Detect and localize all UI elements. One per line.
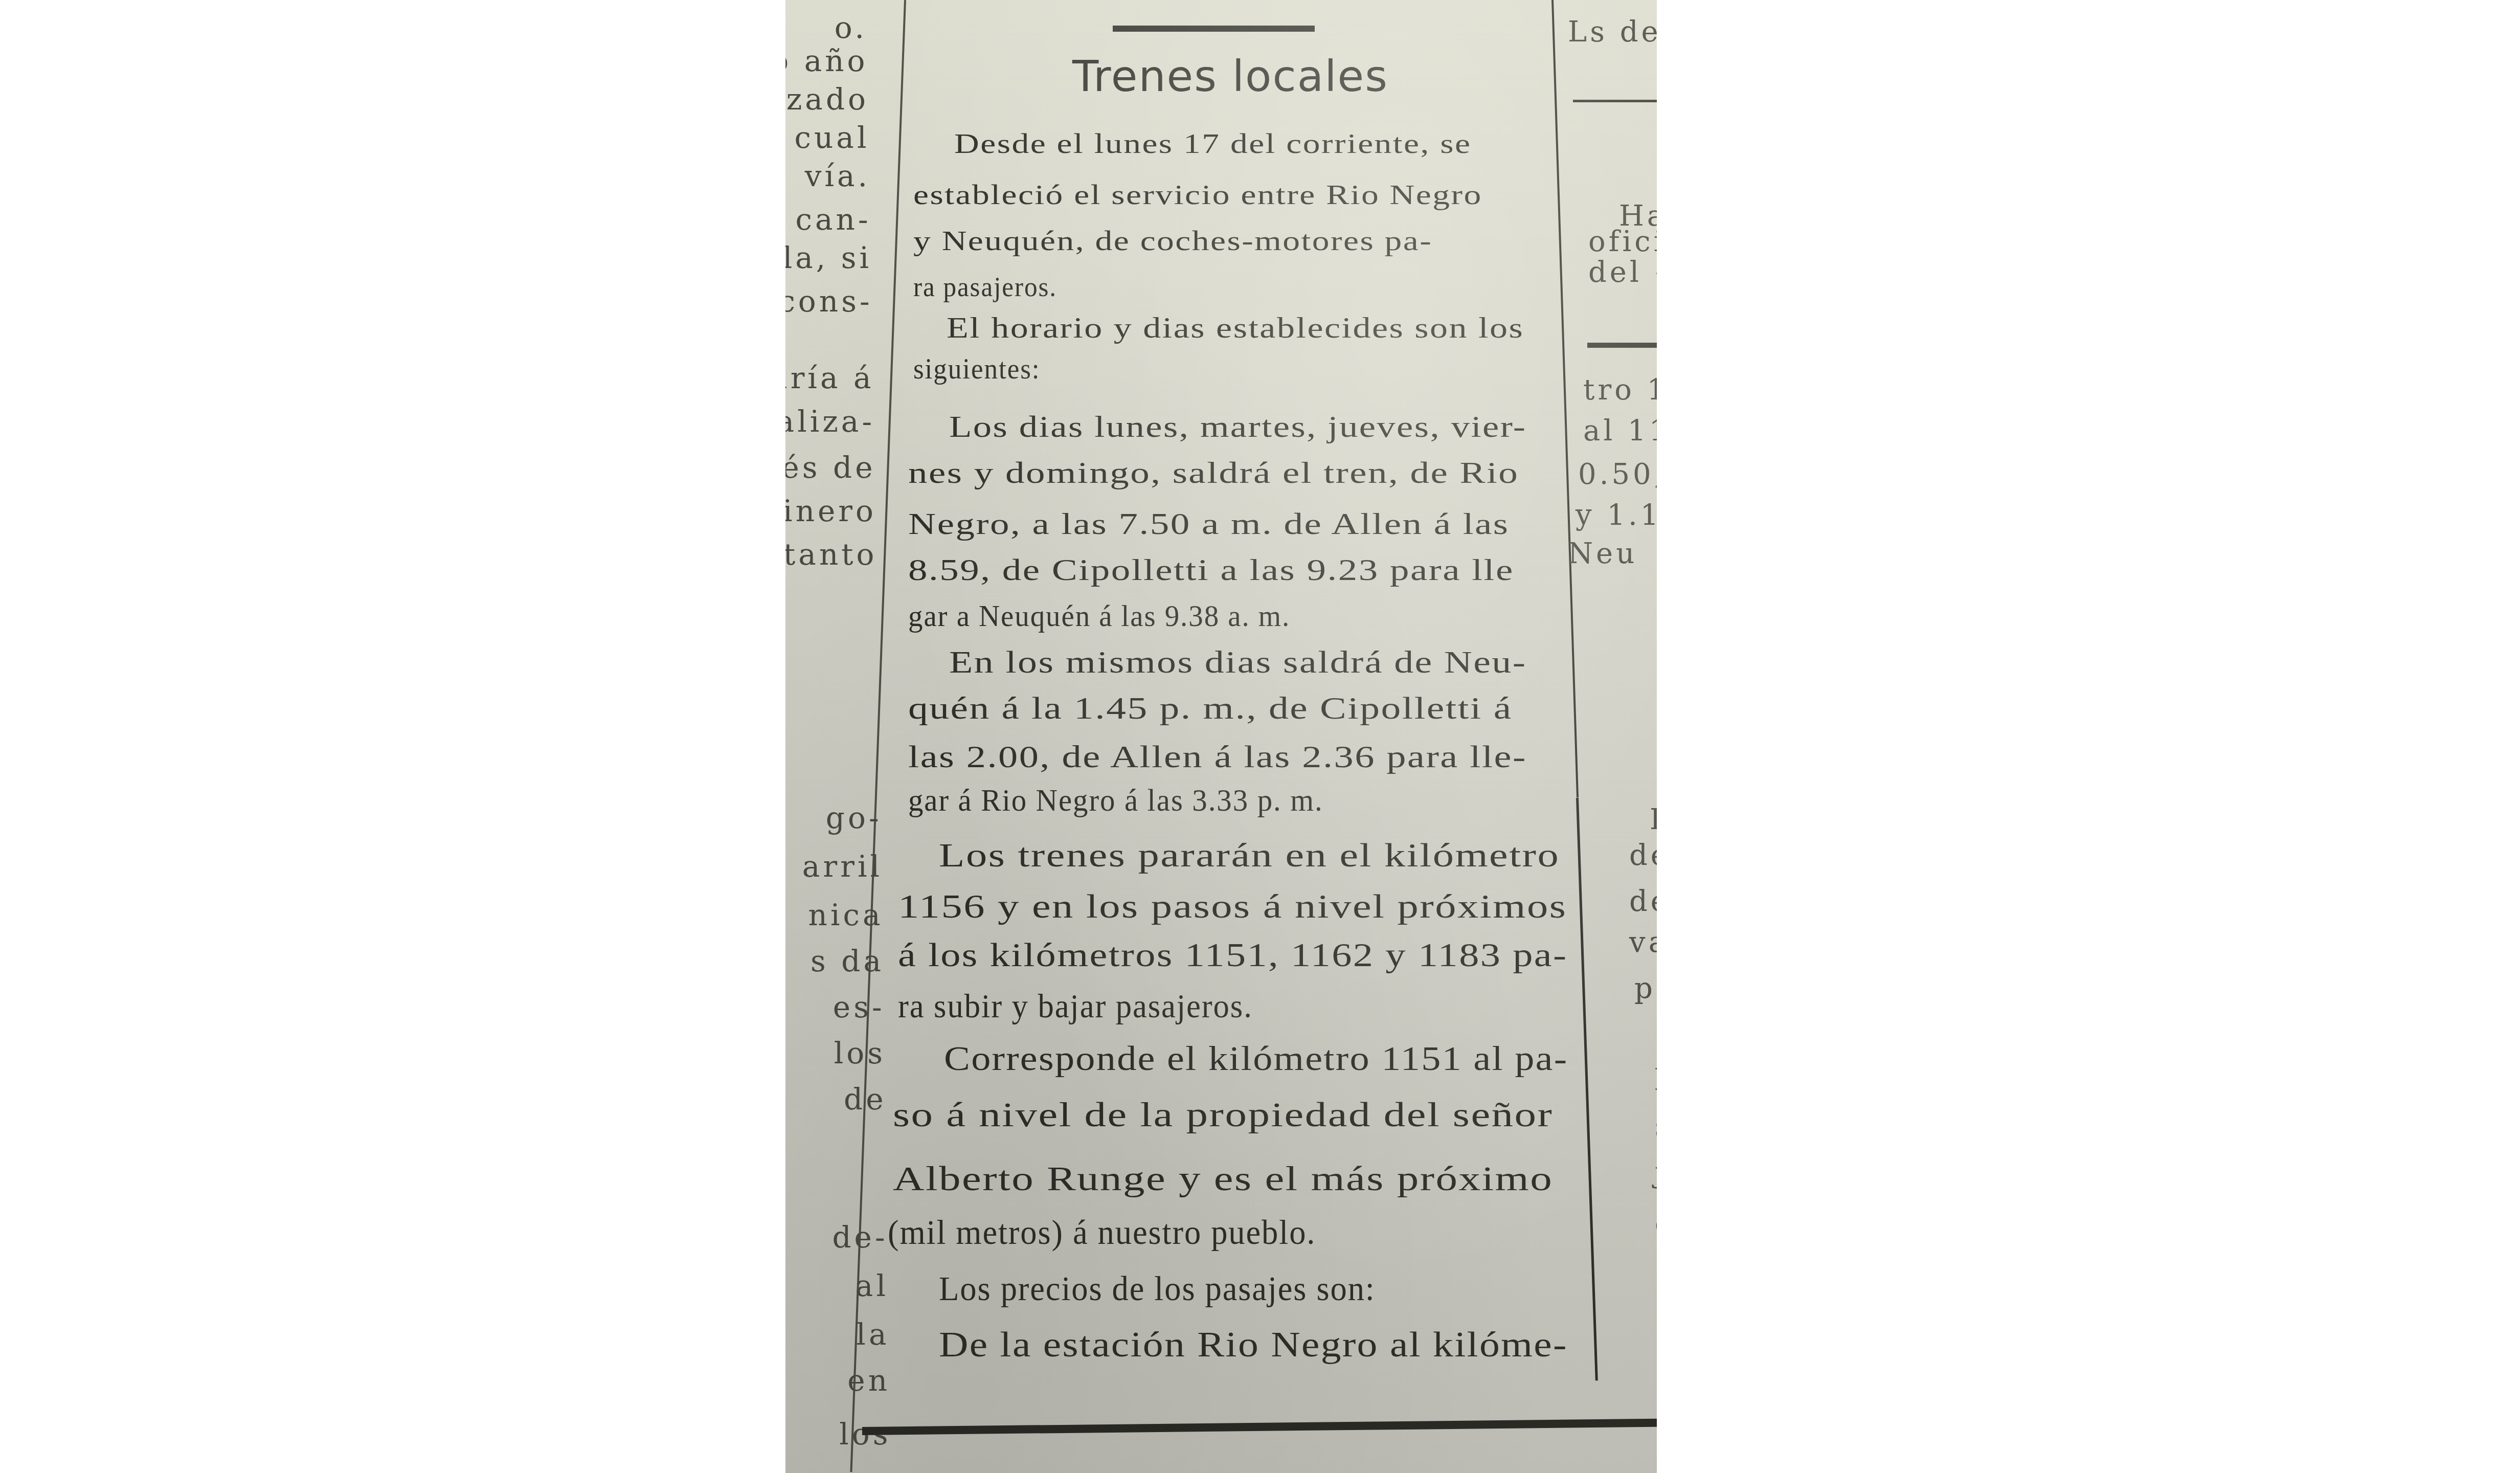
left-column-line: és de (785, 450, 876, 485)
right-column-line: tro 1 (1583, 373, 1657, 407)
left-adjacent-column: o.do añopezadoto cualvía.a can-lla, sico… (785, 0, 898, 1473)
article-text-line: Desde el lunes 17 del corriente, se (954, 128, 1472, 160)
left-column-line: de (844, 1082, 886, 1117)
left-column-line: do año (785, 43, 868, 78)
right-column-line: j (1655, 1156, 1657, 1189)
left-column-line: o. (835, 10, 867, 45)
left-column-line: de- (832, 1220, 888, 1255)
article-text-line: siguientes: (913, 353, 1040, 386)
left-column-line: a can- (785, 202, 871, 237)
left-column-line: pezado (785, 82, 869, 117)
left-column-line: tanto (785, 537, 877, 572)
article-text-line: y Neuquén, de coches-motores pa- (913, 225, 1432, 257)
newspaper-page: o.do añopezadoto cualvía.a can-lla, sico… (785, 0, 1657, 1473)
left-column-line: aliza- (785, 404, 875, 439)
left-column-line: en (847, 1363, 890, 1398)
article-text-line: (mil metros) á nuestro pueblo. (888, 1212, 1316, 1253)
right-column-line: s (1655, 1110, 1657, 1143)
right-column-line: del « (1588, 256, 1657, 289)
article-text-line: En los mismos dias saldrá de Neu- (949, 644, 1526, 681)
article-text-line: quén á la 1.45 p. m., de Cipolletti á (908, 690, 1513, 727)
left-column-line: la (856, 1317, 889, 1352)
article-text-line: El horario y dias establecides son los (947, 312, 1524, 345)
right-column-line: de (1629, 839, 1657, 872)
left-column-line: go- (826, 800, 882, 835)
article-text-line: 8.59, de Cipolletti a las 9.23 para lle (908, 552, 1514, 588)
right-column-line: oficin (1588, 225, 1657, 258)
left-column-line: los (834, 1036, 886, 1070)
right-column-line: Ls de (1568, 15, 1657, 49)
left-column-line: cons- (785, 284, 873, 319)
right-column-line: va (1629, 926, 1657, 959)
article-text-line: Los dias lunes, martes, jueves, vier- (949, 409, 1526, 444)
article-text-line: so á nivel de la propiedad del señor (893, 1095, 1553, 1135)
right-column-line: l (1655, 1064, 1657, 1097)
right-column-line: c (1655, 1207, 1657, 1240)
left-column-line: vía. (805, 159, 870, 193)
article-text-line: 1156 y en los pasos á nivel próximos (898, 887, 1567, 926)
article-text-line: á los kilómetros 1151, 1162 y 1183 pa- (898, 936, 1567, 975)
right-column-line: p (1634, 972, 1656, 1005)
right-column-line: 0.50; (1578, 458, 1657, 491)
article-text-line: Alberto Runge y es el más próximo (893, 1158, 1553, 1199)
article-text-line: ra pasajeros. (913, 271, 1057, 303)
article-text-line: ra subir y bajar pasajeros. (898, 987, 1253, 1026)
article-text-line: Corresponde el kilómetro 1151 al pa- (944, 1038, 1568, 1079)
right-column-line: de (1629, 885, 1657, 918)
left-column-line: al (856, 1268, 889, 1303)
left-column-line: to cual (785, 120, 870, 155)
left-column-line: garía á (785, 361, 874, 395)
article-text-line: Los trenes pararán en el kilómetro (939, 836, 1560, 875)
left-column-line: arril (802, 849, 883, 884)
article-headline: Trenes locales (908, 51, 1552, 101)
right-column-line: al 11 (1583, 414, 1657, 448)
right-column-rule-top (1573, 100, 1657, 102)
article-text-line: De la estación Rio Negro al kilóme- (939, 1325, 1568, 1366)
left-column-line: es- (833, 990, 885, 1024)
right-column-rule-mid (1587, 343, 1657, 348)
left-column-line: lla, si (785, 240, 872, 275)
article-text-line: las 2.00, de Allen á las 2.36 para lle- (908, 739, 1527, 775)
headline-rule (1113, 26, 1315, 32)
article-text-line: estableció el servicio entre Rio Negro (913, 179, 1482, 211)
left-column-line: s da (811, 944, 884, 978)
right-adjacent-column: Ls deHaoficindel «tro 1al 110.50;y 1.1Ne… (1558, 0, 1657, 1473)
left-column-line: nica (808, 898, 884, 932)
article-trenes-locales: Trenes locales Desde el lunes 17 del cor… (908, 0, 1552, 1473)
right-column-line: Neu (1568, 537, 1637, 570)
article-text-line: Los precios de los pasajes son: (939, 1268, 1376, 1309)
left-column-line: dinero (785, 494, 876, 528)
right-column-line: I (1650, 803, 1657, 836)
article-text-line: gar á Rio Negro á las 3.33 p. m. (908, 783, 1323, 819)
right-column-line: y 1.1 (1576, 499, 1657, 532)
article-text-line: nes y domingo, saldrá el tren, de Rio (908, 455, 1519, 490)
article-text-line: Negro, a las 7.50 a m. de Allen á las (908, 506, 1510, 542)
article-text-line: gar a Neuquén á las 9.38 a. m. (908, 598, 1290, 634)
